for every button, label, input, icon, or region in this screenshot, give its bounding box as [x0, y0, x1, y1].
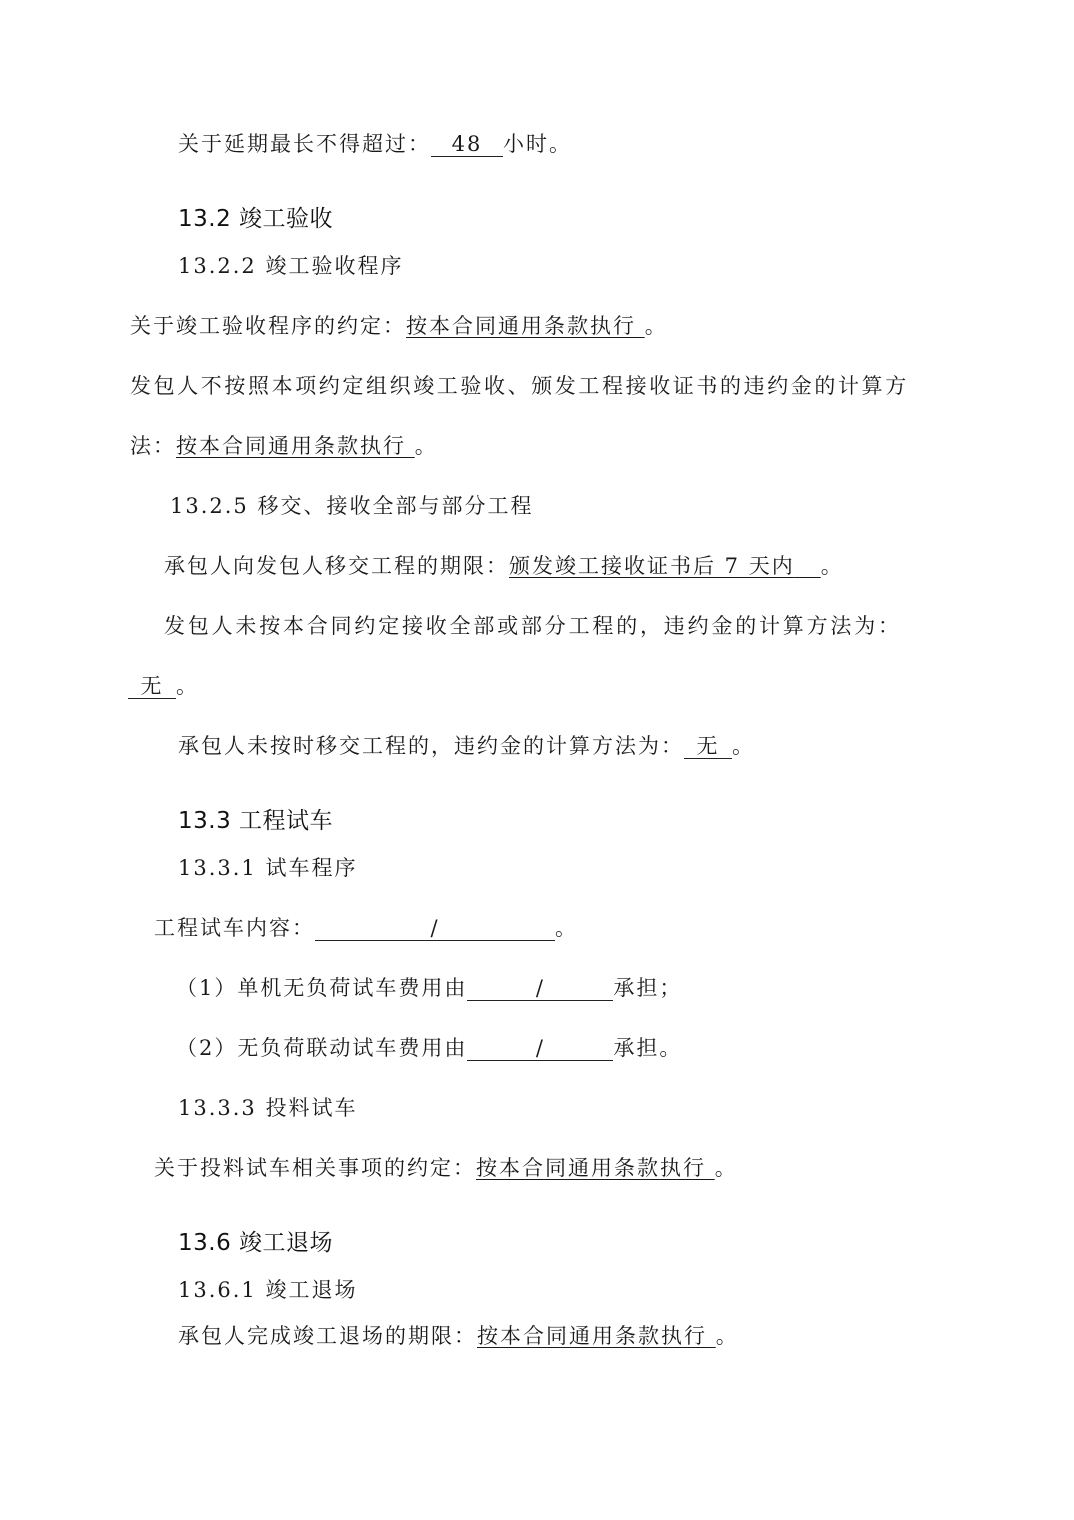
acceptance-procedure-value: 按本合同通用条款执行 [406, 314, 636, 338]
suffix: 承担； [613, 976, 682, 1000]
exit-deadline-line: 承包人完成竣工退场的期限：按本合同通用条款执行 。 [178, 1322, 739, 1350]
section-13-6-1-heading: 13.6.1 竣工退场 [178, 1276, 357, 1304]
single-test-line: （1）单机无负荷试车费用由/承担； [176, 974, 682, 1002]
exit-deadline-value: 按本合同通用条款执行 [477, 1324, 707, 1348]
suffix: 。 [821, 554, 844, 578]
section-13-2-5-heading: 13.2.5 移交、接收全部与部分工程 [170, 492, 533, 520]
penalty-line-1: 发包人不按照本项约定组织竣工验收、颁发工程接收证书的违约金的计算方 [130, 372, 909, 400]
section-13-3-3-heading: 13.3.3 投料试车 [178, 1094, 357, 1122]
label: 承包人完成竣工退场的期限： [178, 1324, 477, 1348]
section-13-2-2-heading: 13.2.2 竣工验收程序 [178, 252, 403, 280]
linked-test-line: （2）无负荷联动试车费用由/承担。 [176, 1034, 682, 1062]
label: 承包人向发包人移交工程的期限： [164, 554, 509, 578]
delay-limit-line: 关于延期最长不得超过：48小时。 [178, 130, 572, 158]
penalty-method-value: 按本合同通用条款执行 [176, 434, 406, 458]
feed-test-line: 关于投料试车相关事项的约定：按本合同通用条款执行 。 [154, 1154, 738, 1182]
suffix: 小时。 [503, 132, 572, 156]
section-13-6-heading: 13.6 竣工退场 [178, 1228, 333, 1258]
employer-penalty-line-1: 发包人未按本合同约定接收全部或部分工程的，违约金的计算方法为： [164, 612, 902, 640]
label: 关于竣工验收程序的约定： [130, 314, 406, 338]
test-content-value: / [315, 916, 555, 941]
linked-test-payer-value: / [467, 1036, 613, 1061]
acceptance-procedure-line: 关于竣工验收程序的约定：按本合同通用条款执行 。 [130, 312, 668, 340]
handover-deadline-value: 颁发竣工接收证书后 7 天内 [509, 554, 795, 578]
delay-hours-field: 48 [431, 132, 503, 157]
suffix: 。 [555, 916, 578, 940]
section-13-3-heading: 13.3 工程试车 [178, 806, 333, 836]
suffix: 。 [732, 734, 755, 758]
suffix: 。 [176, 674, 199, 698]
contractor-penalty-line: 承包人未按时移交工程的，违约金的计算方法为：无。 [178, 732, 755, 760]
single-test-payer-value: / [467, 976, 613, 1001]
handover-deadline-line: 承包人向发包人移交工程的期限：颁发竣工接收证书后 7 天内 。 [164, 552, 844, 580]
label: 关于投料试车相关事项的约定： [154, 1156, 476, 1180]
label: （2）无负荷联动试车费用由 [176, 1036, 467, 1060]
test-content-line: 工程试车内容：/。 [154, 914, 578, 942]
label: 承包人未按时移交工程的，违约金的计算方法为： [178, 734, 684, 758]
suffix: 。 [715, 1156, 738, 1180]
suffix: 承担。 [613, 1036, 682, 1060]
employer-penalty-line-2: 无。 [128, 672, 199, 700]
suffix: 。 [645, 314, 668, 338]
label: 法： [130, 434, 176, 458]
suffix: 。 [415, 434, 438, 458]
label: 工程试车内容： [154, 916, 315, 940]
feed-test-value: 按本合同通用条款执行 [476, 1156, 706, 1180]
employer-penalty-value: 无 [128, 674, 176, 699]
section-13-3-1-heading: 13.3.1 试车程序 [178, 854, 357, 882]
label: （1）单机无负荷试车费用由 [176, 976, 467, 1000]
penalty-line-2: 法：按本合同通用条款执行 。 [130, 432, 438, 460]
label: 关于延期最长不得超过： [178, 132, 431, 156]
suffix: 。 [716, 1324, 739, 1348]
contractor-penalty-value: 无 [684, 734, 732, 759]
section-13-2-heading: 13.2 竣工验收 [178, 204, 333, 234]
